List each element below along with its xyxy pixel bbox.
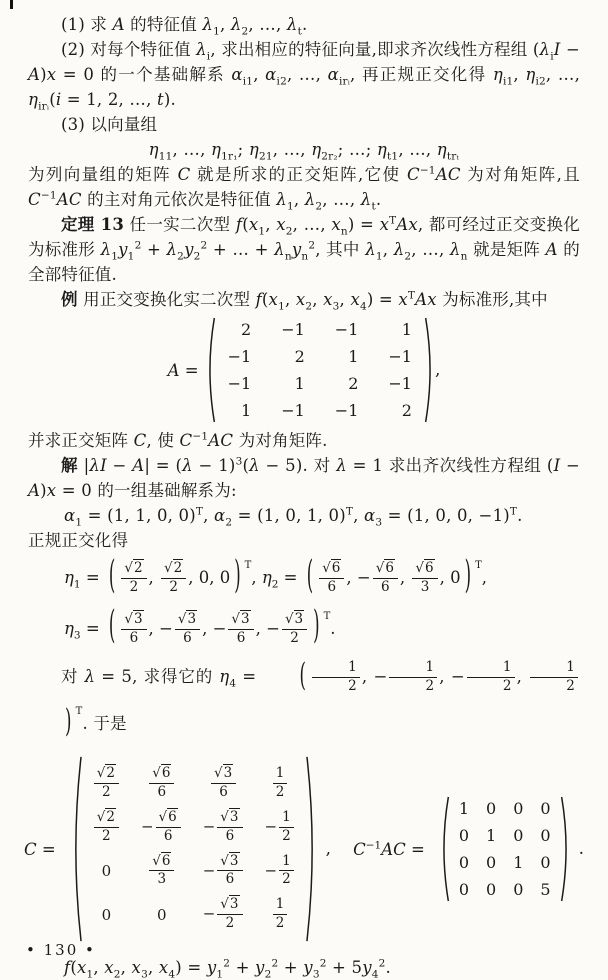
matrix-cell: 0	[513, 877, 523, 902]
matrix-cell: 0	[459, 850, 469, 875]
numbered-item-2: (2) 对每个特征值 λi, 求出相应的特征向量,即求齐次线性方程组 (λiI …	[28, 37, 580, 112]
matrix-cell: 5	[540, 877, 550, 902]
matrix-A-display: A = 2−1−11−121−1−112−11−1−12 ,	[28, 317, 580, 423]
matrix-cell: 0	[540, 823, 550, 848]
matrix-cell: 1	[241, 398, 251, 423]
matrix-cell: −1	[335, 398, 359, 423]
matrix-cell: −√36	[203, 854, 245, 889]
matrix-cell: −1	[228, 371, 252, 396]
matrix-A: 2−1−11−121−1−112−11−1−12	[205, 317, 435, 423]
matrix-cell: 0	[102, 862, 112, 880]
left-paren-icon	[70, 755, 83, 943]
numbered-item-1: (1) 求 A 的特征值 λ1, λ2, …, λt.	[28, 12, 580, 37]
matrix-cell: −1	[281, 317, 305, 342]
matrix-cell: 0	[486, 877, 496, 902]
matrix-cell: 1	[459, 796, 469, 821]
matrix-cell: √63	[147, 854, 176, 889]
diagonal-matrix-grid: 1000010000100005	[450, 796, 560, 902]
matrix-cell: −√36	[203, 810, 245, 845]
matrix-A-label: A =	[168, 361, 199, 380]
matrix-cell: −1	[388, 371, 412, 396]
matrix-cell: 12	[271, 897, 290, 932]
matrix-cell: 2	[241, 317, 251, 342]
matrix-cell: −1	[388, 344, 412, 369]
numbered-item-3: (3) 以向量组	[28, 112, 580, 137]
scanned-textbook-page: (1) 求 A 的特征值 λ1, λ2, …, λt. (2) 对每个特征值 λ…	[0, 0, 608, 980]
matrix-cell: 1	[486, 823, 496, 848]
matrix-cell: −1	[228, 344, 252, 369]
matrix-cell: √36	[209, 766, 238, 801]
eta-vector-group-formula: η11, …, η1r₁; η21, …, η2r₂; …; ηt1, …, η…	[28, 137, 580, 162]
right-paren-icon	[305, 755, 318, 943]
matrix-cell: 0	[513, 796, 523, 821]
matrix-C-label: C =	[24, 840, 56, 859]
final-standard-form: f(x1, x2, x3, x4) = y12 + y22 + y32 + 5y…	[28, 951, 580, 980]
matrix-cell: 0	[540, 850, 550, 875]
matrix-cell: −12	[265, 810, 296, 845]
matrix-cell: 1	[295, 371, 305, 396]
matrix-C-grid: √22√66√3612√22−√66−√36−120√63−√36−1200−√…	[83, 766, 305, 932]
matrix-cell: 2	[348, 371, 358, 396]
scan-artifact	[10, 0, 13, 9]
example-intro: 例 用正交变换化实二次型 f(x1, x2, x3, x4) = xTAx 为标…	[28, 287, 580, 312]
matrix-cell: √22	[92, 810, 121, 845]
solution-paragraph: 解 |λI − A| = (λ − 1)3(λ − 5). 对 λ = 1 求出…	[28, 453, 580, 503]
trailing-period: .	[579, 839, 584, 859]
left-paren-icon	[205, 317, 216, 423]
diagonal-matrix-label: C−1AC =	[353, 840, 425, 859]
matrix-cell: 2	[295, 344, 305, 369]
matrix-C: √22√66√3612√22−√66−√36−120√63−√36−1200−√…	[70, 755, 318, 943]
matrix-C-display: C = √22√66√3612√22−√66−√36−120√63−√36−12…	[28, 755, 580, 943]
matrix-cell: √66	[147, 766, 176, 801]
matrix-cell: 1	[402, 317, 412, 342]
matrix-cell: 0	[513, 823, 523, 848]
matrix-cell: −12	[265, 854, 296, 889]
matrix-cell: 0	[486, 850, 496, 875]
matrix-cell: −1	[281, 398, 305, 423]
matrix-cell: −√66	[141, 810, 183, 845]
page-number: • 130 •	[26, 941, 96, 959]
diagonal-matrix: 1000010000100005	[439, 796, 571, 902]
matrix-cell: 0	[157, 906, 167, 924]
matrix-cell: 0	[102, 906, 112, 924]
matrix-cell: 0	[486, 796, 496, 821]
right-paren-icon	[424, 317, 435, 423]
matrix-cell: 1	[513, 850, 523, 875]
matrix-cell: −√32	[203, 897, 245, 932]
matrix-cell: 0	[540, 796, 550, 821]
matrix-cell: √22	[92, 766, 121, 801]
matrix-cell: 0	[459, 823, 469, 848]
find-orthogonal-matrix-paragraph: 并求正交矩阵 C, 使 C−1AC 为对角矩阵.	[28, 428, 580, 453]
matrix-cell: 2	[402, 398, 412, 423]
matrix-cell: 0	[459, 877, 469, 902]
trailing-comma: ,	[326, 839, 331, 859]
left-paren-icon	[439, 796, 450, 902]
right-paren-icon	[560, 796, 571, 902]
matrix-cell: 12	[271, 766, 290, 801]
orthogonal-matrix-paragraph: 为列向量组的矩阵 C 就是所求的正交矩阵,它使 C−1AC 为对角矩阵,且 C−…	[28, 162, 580, 212]
matrix-cell: 1	[348, 344, 358, 369]
theorem-13-paragraph: 定理 13 任一实二次型 f(x1, x2, …, xn) = xTAx, 都可…	[28, 212, 580, 287]
matrix-A-grid: 2−1−11−121−1−112−11−1−12	[216, 317, 424, 423]
matrix-cell: −1	[335, 317, 359, 342]
trailing-comma: ,	[435, 360, 440, 380]
